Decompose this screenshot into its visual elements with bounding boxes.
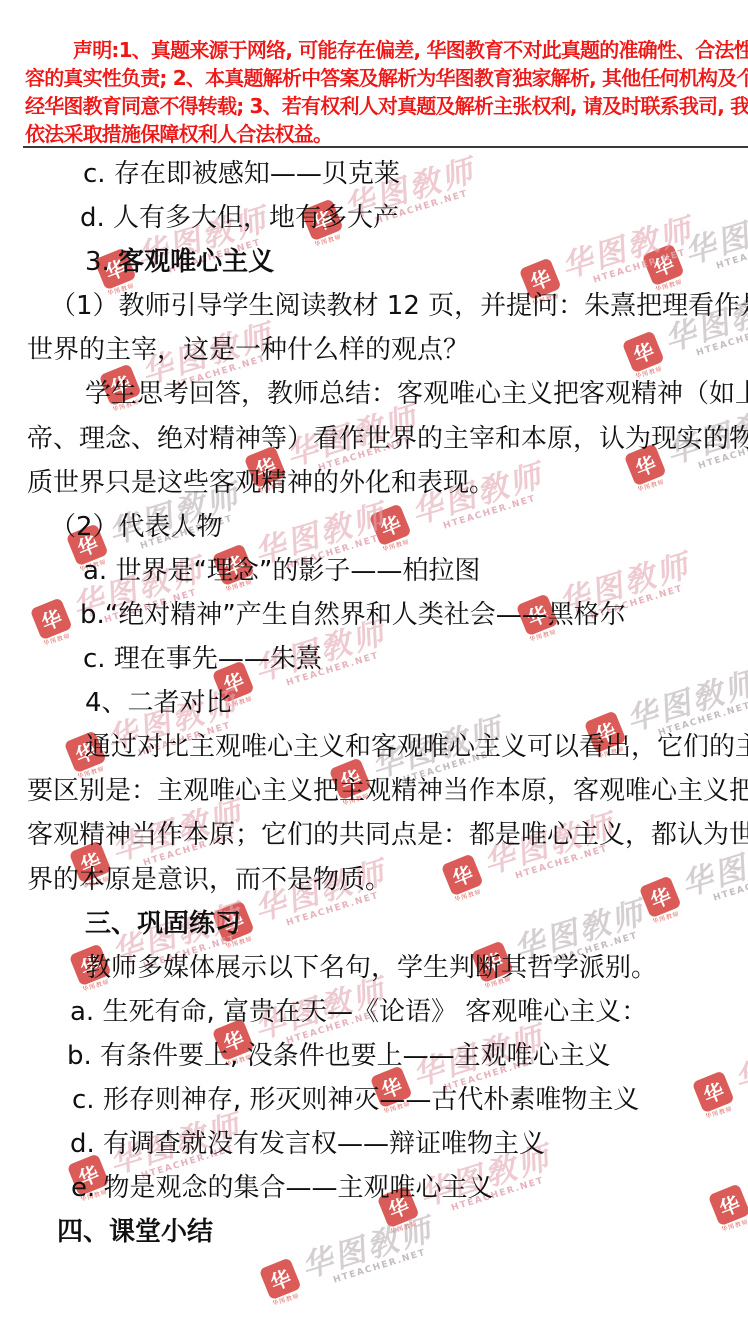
line-text: 客观精神当作本原；它们的共同点是：都是唯心主义，都认为世	[27, 820, 748, 850]
text-line: c. 存在即被感知——贝克莱	[83, 152, 748, 196]
disclaimer-label: 声明:	[73, 38, 119, 62]
heading-line: 三、巩固练习	[85, 902, 748, 946]
disclaimer-line: 依法采取措施保障权利人合法权益。	[25, 120, 741, 148]
document-body: c. 存在即被感知——贝克莱d. 人有多大但，地有多大产3. 客观唯心主义（1）…	[0, 152, 748, 1254]
line-prefix: 3.	[85, 247, 118, 277]
line-text: 四、课堂小结	[57, 1217, 213, 1247]
text-line: e. 物是观念的集合——主观唯心主义	[71, 1166, 748, 1210]
text-line: b.“绝对精神”产生自然界和人类社会——黑格尔	[80, 593, 748, 637]
line-text: e. 物是观念的集合——主观唯心主义	[71, 1173, 494, 1203]
text-line: 客观精神当作本原；它们的共同点是：都是唯心主义，都认为世	[27, 813, 748, 857]
line-text: d. 人有多大但，地有多大产	[80, 203, 399, 233]
text-line: 界的本原是意识，而不是物质。	[27, 858, 748, 902]
heading-line: 3. 客观唯心主义	[85, 240, 748, 284]
text-line: c. 理在事先——朱熹	[83, 637, 748, 681]
line-text: 通过对比主观唯心主义和客观唯心主义可以看出，它们的主	[85, 732, 748, 762]
text-line: 世界的主宰，这是一种什么样的观点？	[27, 328, 748, 372]
line-text: a. 世界是“理念”的影子——柏拉图	[83, 556, 480, 586]
line-text: b. 有条件要上, 没条件也要上——主观唯心主义	[67, 1041, 611, 1071]
text-line: d. 有调查就没有发言权——辩证唯物主义	[70, 1122, 748, 1166]
line-text: 学生思考回答，教师总结：客观唯心主义把客观精神（如上	[85, 379, 748, 409]
heading-line: 四、课堂小结	[57, 1210, 748, 1254]
line-text: 要区别是：主观唯心主义把主观精神当作本原，客观唯心主义把	[27, 776, 748, 806]
line-text: a. 生死有命, 富贵在天—《论语》 客观唯心主义：	[70, 997, 647, 1027]
line-text: b.“绝对精神”产生自然界和人类社会——黑格尔	[80, 600, 626, 630]
line-text: 世界的主宰，这是一种什么样的观点？	[27, 335, 469, 365]
text-line: 要区别是：主观唯心主义把主观精神当作本原，客观唯心主义把	[27, 769, 748, 813]
text-line: d. 人有多大但，地有多大产	[80, 196, 748, 240]
text-line: 学生思考回答，教师总结：客观唯心主义把客观精神（如上	[85, 372, 748, 416]
line-text: （1）教师引导学生阅读教材 12 页，并提问：朱熹把理看作是	[50, 291, 748, 321]
disclaimer: 声明:1、真题来源于网络, 可能存在偏差, 华图教育不对此真题的准确性、合法性以…	[25, 36, 741, 148]
disclaimer-text: 1、真题来源于网络, 可能存在偏差, 华图教育不对此真题的准确性、合法性以及内	[119, 38, 748, 62]
line-text: c. 理在事先——朱熹	[83, 644, 322, 674]
text-line: （1）教师引导学生阅读教材 12 页，并提问：朱熹把理看作是	[50, 284, 748, 328]
line-text: d. 有调查就没有发言权——辩证唯物主义	[70, 1129, 545, 1159]
line-text: 帝、理念、绝对精神等）看作世界的主宰和本原，认为现实的物	[27, 424, 748, 454]
line-text: 教师多媒体展示以下名句，学生判断其哲学派别。	[85, 953, 657, 983]
line-text: 质世界只是这些客观精神的外化和表现。	[27, 468, 495, 498]
text-line: 4、二者对比	[85, 681, 748, 725]
text-line: a. 生死有命, 富贵在天—《论语》 客观唯心主义：	[70, 990, 748, 1034]
line-text: c. 存在即被感知——贝克莱	[83, 159, 400, 189]
logo-caption: 华图教师	[272, 1293, 301, 1308]
disclaimer-line: 容的真实性负责; 2、本真题解析中答案及解析为华图教育独家解析, 其他任何机构及…	[25, 64, 741, 92]
line-text: 4、二者对比	[85, 688, 232, 718]
text-line: 通过对比主观唯心主义和客观唯心主义可以看出，它们的主	[85, 725, 748, 769]
disclaimer-line: 经华图教育同意不得转载; 3、若有权利人对真题及解析主张权利, 请及时联系我司,…	[25, 92, 741, 120]
line-text: 界的本原是意识，而不是物质。	[27, 865, 391, 895]
line-text: 三、巩固练习	[85, 909, 241, 939]
divider-line	[23, 146, 748, 148]
line-text: （2）代表人物	[50, 512, 223, 542]
line-text: c. 形存则神存, 形灭则神灭——古代朴素唯物主义	[72, 1085, 639, 1115]
text-line: b. 有条件要上, 没条件也要上——主观唯心主义	[67, 1034, 748, 1078]
text-line: 帝、理念、绝对精神等）看作世界的主宰和本原，认为现实的物	[27, 417, 748, 461]
text-line: 质世界只是这些客观精神的外化和表现。	[27, 461, 748, 505]
text-line: 教师多媒体展示以下名句，学生判断其哲学派别。	[85, 946, 748, 990]
disclaimer-line: 声明:1、真题来源于网络, 可能存在偏差, 华图教育不对此真题的准确性、合法性以…	[25, 36, 741, 64]
text-line: c. 形存则神存, 形灭则神灭——古代朴素唯物主义	[72, 1078, 748, 1122]
huatu-logo-icon: 华	[258, 1258, 301, 1301]
line-text: 客观唯心主义	[118, 247, 274, 277]
text-line: （2）代表人物	[50, 505, 748, 549]
huatu-logo-badge: 华华图教师	[256, 1257, 307, 1309]
text-line: a. 世界是“理念”的影子——柏拉图	[83, 549, 748, 593]
document-page: 华华图教师华图敎师HTEACHER.NET华华图教师华图敎师HTEACHER.N…	[0, 0, 748, 1335]
